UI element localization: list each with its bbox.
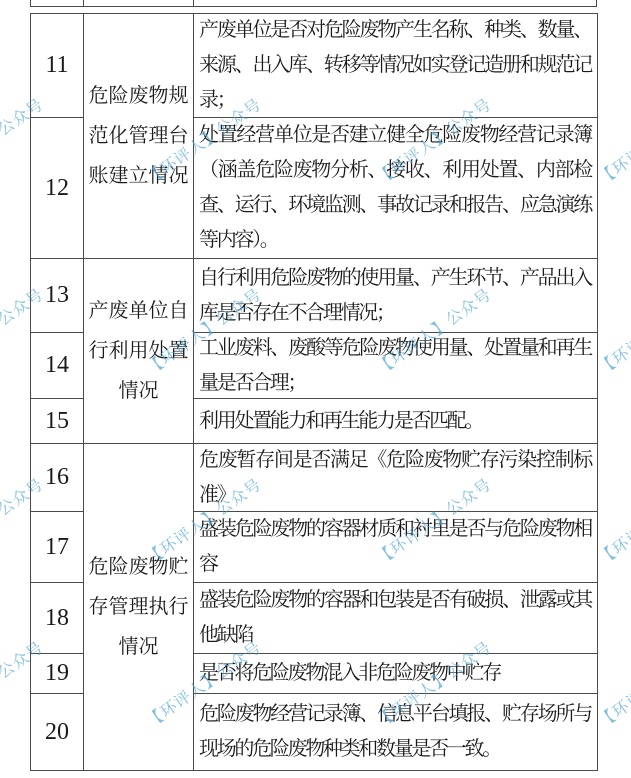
- item-description-text: 工业废料、废酸等危险废物使用量、处置量和再生量是否合理；: [199, 331, 591, 401]
- row-number-cell: 17: [31, 512, 84, 583]
- item-description-cell: 盛装危险废物的容器和包装是否有破损、泄露或其他缺陷: [194, 583, 598, 654]
- item-description-text: 盛装危险废物的容器和包装是否有破损、泄露或其他缺陷: [199, 583, 591, 653]
- category-cell: 危险废物贮存管理执行情况: [84, 444, 194, 771]
- item-description-cell: 盛装危险废物的容器材质和衬里是否与危险废物相容: [194, 512, 598, 583]
- item-description-cell: 产废单位是否对危险废物产生名称、种类、数量、来源、出入库、转移等情况如实登记造册…: [194, 14, 598, 118]
- item-description-text: 自行利用危险废物的使用量、产生环节、产品出入库是否存在不合理情况；: [199, 261, 591, 331]
- table-top-fragment: [30, 0, 597, 7]
- document-page: 危险废物规范化管理台账建立情况11产废单位是否对危险废物产生名称、种类、数量、来…: [0, 0, 631, 778]
- item-description-cell: 处置经营单位是否建立健全危险废物经营记录簿（涵盖危险废物分析、接收、利用处置、内…: [194, 118, 598, 259]
- item-description-text: 处置经营单位是否建立健全危险废物经营记录簿（涵盖危险废物分析、接收、利用处置、内…: [199, 118, 591, 258]
- item-description-cell: 危险废物经营记录簿、信息平台填报、贮存场所与现场的危险废物种类和数量是否一致。: [194, 694, 598, 771]
- item-description-cell: 是否将危险废物混入非危险废物中贮存: [194, 654, 598, 694]
- fragment-vline: [596, 0, 597, 6]
- item-description-text: 危废暂存间是否满足《危险废物贮存污染控制标准》: [199, 443, 591, 513]
- item-description-cell: 工业废料、废酸等危险废物使用量、处置量和再生量是否合理；: [194, 333, 598, 399]
- row-number-cell: 20: [31, 694, 84, 771]
- fragment-vline: [30, 0, 31, 6]
- category-cell: 危险废物规范化管理台账建立情况: [84, 14, 194, 259]
- item-description-text: 危险废物经营记录簿、信息平台填报、贮存场所与现场的危险废物种类和数量是否一致。: [199, 697, 591, 767]
- row-number-cell: 15: [31, 399, 84, 444]
- fragment-vline: [83, 0, 84, 6]
- item-description-text: 利用处置能力和再生能力是否匹配。: [199, 404, 591, 439]
- row-number-cell: 14: [31, 333, 84, 399]
- row-number-cell: 11: [31, 14, 84, 118]
- item-description-cell: 危废暂存间是否满足《危险废物贮存污染控制标准》: [194, 444, 598, 512]
- category-cell: 产废单位自行利用处置情况: [84, 259, 194, 444]
- row-number-cell: 18: [31, 583, 84, 654]
- row-number-cell: 13: [31, 259, 84, 333]
- item-description-cell: 利用处置能力和再生能力是否匹配。: [194, 399, 598, 444]
- row-number-cell: 16: [31, 444, 84, 512]
- row-number-cell: 12: [31, 118, 84, 259]
- fragment-vline: [193, 0, 194, 6]
- item-description-text: 是否将危险废物混入非危险废物中贮存: [199, 656, 591, 691]
- item-description-text: 盛装危险废物的容器材质和衬里是否与危险废物相容: [199, 512, 591, 582]
- row-number-cell: 19: [31, 654, 84, 694]
- item-description-text: 产废单位是否对危险废物产生名称、种类、数量、来源、出入库、转移等情况如实登记造册…: [199, 13, 591, 118]
- item-description-cell: 自行利用危险废物的使用量、产生环节、产品出入库是否存在不合理情况；: [194, 259, 598, 333]
- inspection-table: 危险废物规范化管理台账建立情况11产废单位是否对危险废物产生名称、种类、数量、来…: [30, 13, 598, 771]
